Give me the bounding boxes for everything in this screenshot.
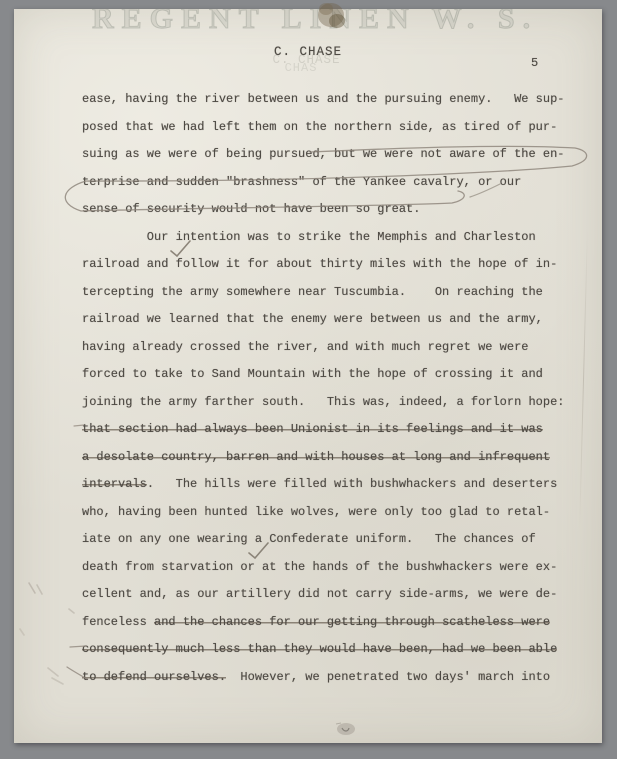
typescript-line: railroad we learned that the enemy were … xyxy=(82,306,587,334)
typescript: ease, having the river between us and th… xyxy=(82,86,587,691)
text-run: ease, having the river between us and th… xyxy=(82,92,564,106)
struck-text: terprise and sudden "brashness" of the Y… xyxy=(82,175,521,189)
typescript-line: Our intention was to strike the Memphis … xyxy=(82,224,587,252)
header-ghost-fragment: CHAS xyxy=(14,61,602,75)
typescript-line: cellent and, as our artillery did not ca… xyxy=(82,581,587,609)
page-number: 5 xyxy=(531,56,538,70)
typescript-line: having already crossed the river, and wi… xyxy=(82,334,587,362)
text-run: iate on any one wearing a Confederate un… xyxy=(82,532,536,546)
text-run: fenceless xyxy=(82,615,154,629)
typescript-line: ease, having the river between us and th… xyxy=(82,86,587,114)
text-run: . The hills were filled with bushwhacker… xyxy=(147,477,557,491)
typescript-line: forced to take to Sand Mountain with the… xyxy=(82,361,587,389)
typescript-line: posed that we had left them on the north… xyxy=(82,114,587,142)
text-run: Our intention was to strike the Memphis … xyxy=(82,230,536,244)
text-run: suing as we were of being pursued, xyxy=(82,147,334,161)
struck-text: and the chances for our getting through … xyxy=(154,615,550,629)
page-header-author: C. CHASE xyxy=(14,45,602,59)
paper-watermark: REGENT LINEN W. S. xyxy=(92,9,602,36)
text-run: railroad we learned that the enemy were … xyxy=(82,312,543,326)
typescript-line: a desolate country, barren and with hous… xyxy=(82,444,587,472)
document-page: REGENT LINEN W. S. C. CHASE CHAS C. CHAS… xyxy=(14,9,602,743)
typescript-line: sense of security would not have been so… xyxy=(82,196,587,224)
typescript-line: railroad and follow it for about thirty … xyxy=(82,251,587,279)
struck-text: intervals xyxy=(82,477,147,491)
text-run: tercepting the army somewhere near Tuscu… xyxy=(82,285,543,299)
struck-text: that section had always been Unionist in… xyxy=(82,422,543,436)
text-run: death from starvation or at the hands of… xyxy=(82,560,557,574)
typescript-line: consequently much less than they would h… xyxy=(82,636,587,664)
typescript-line: terprise and sudden "brashness" of the Y… xyxy=(82,169,587,197)
typescript-line: fenceless and the chances for our gettin… xyxy=(82,609,587,637)
text-run: However, we penetrated two days' march i… xyxy=(226,670,550,684)
text-run: railroad and follow it for about thirty … xyxy=(82,257,557,271)
typescript-line: joining the army farther south. This was… xyxy=(82,389,587,417)
typescript-line: iate on any one wearing a Confederate un… xyxy=(82,526,587,554)
text-run: cellent and, as our artillery did not ca… xyxy=(82,587,557,601)
text-run: who, having been hunted like wolves, wer… xyxy=(82,505,550,519)
typescript-line: intervals. The hills were filled with bu… xyxy=(82,471,587,499)
text-run: forced to take to Sand Mountain with the… xyxy=(82,367,543,381)
typescript-line: tercepting the army somewhere near Tuscu… xyxy=(82,279,587,307)
typescript-line: suing as we were of being pursued, but w… xyxy=(82,141,587,169)
scanned-document-screenshot: { "colors": { "background": "#87898c", "… xyxy=(0,0,617,759)
text-run: joining the army farther south. This was… xyxy=(82,395,564,409)
typescript-line: who, having been hunted like wolves, wer… xyxy=(82,499,587,527)
text-run: posed that we had left them on the north… xyxy=(82,120,557,134)
typescript-line: that section had always been Unionist in… xyxy=(82,416,587,444)
struck-text: to defend ourselves. xyxy=(82,670,226,684)
struck-text: but we were not aware of the en- xyxy=(334,147,564,161)
struck-text: sense of security would not have been so… xyxy=(82,202,420,216)
text-run: having already crossed the river, and wi… xyxy=(82,340,528,354)
typescript-line: to defend ourselves. However, we penetra… xyxy=(82,664,587,692)
struck-text: consequently much less than they would h… xyxy=(82,642,557,656)
typescript-line: death from starvation or at the hands of… xyxy=(82,554,587,582)
struck-text: a desolate country, barren and with hous… xyxy=(82,450,550,464)
